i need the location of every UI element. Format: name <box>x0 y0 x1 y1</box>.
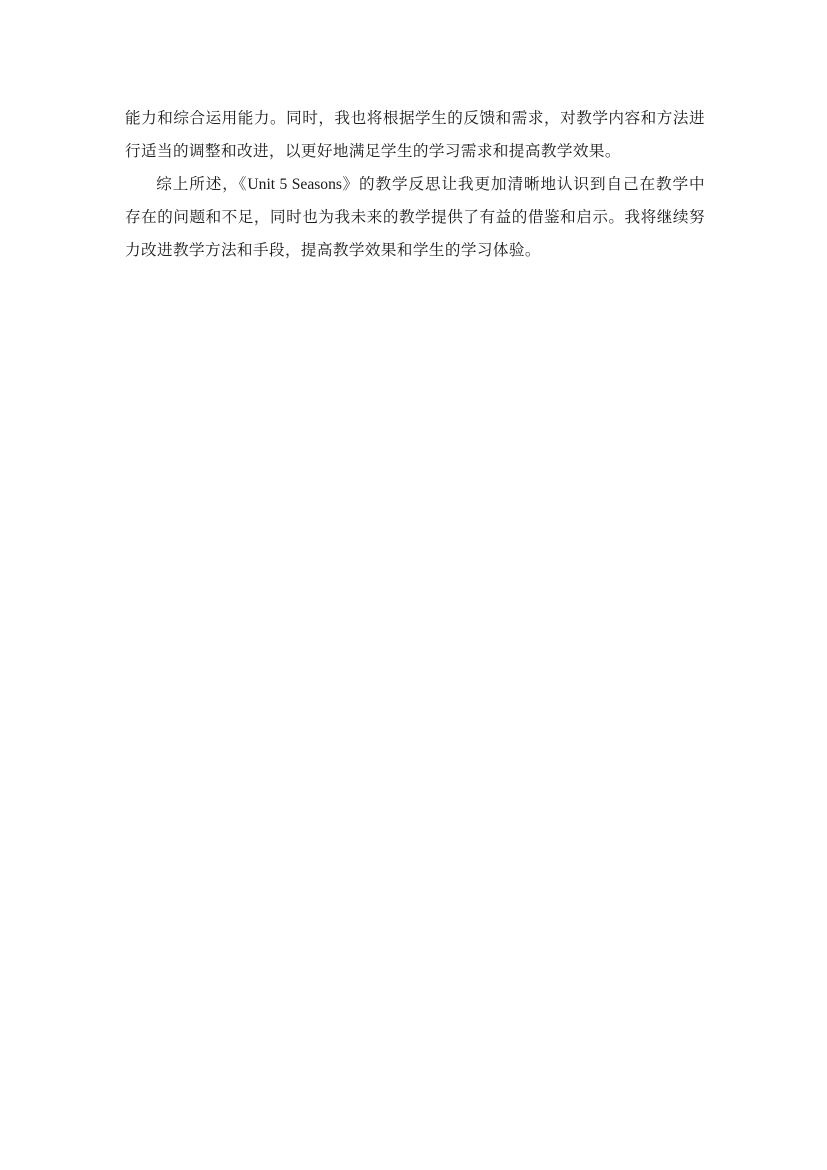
document-body: 能力和综合运用能力。同时，我也将根据学生的反馈和需求，对教学内容和方法进行适当的… <box>125 102 705 267</box>
conclusion-lead-text: 综上所述，《 <box>156 175 247 193</box>
unit-title: Unit 5 Seasons <box>247 176 342 193</box>
paragraph-continuation: 能力和综合运用能力。同时，我也将根据学生的反馈和需求，对教学内容和方法进行适当的… <box>125 102 705 168</box>
document-page: 能力和综合运用能力。同时，我也将根据学生的反馈和需求，对教学内容和方法进行适当的… <box>0 0 827 1170</box>
paragraph-conclusion: 综上所述，《Unit 5 Seasons》的教学反思让我更加清晰地认识到自己在教… <box>125 168 705 267</box>
